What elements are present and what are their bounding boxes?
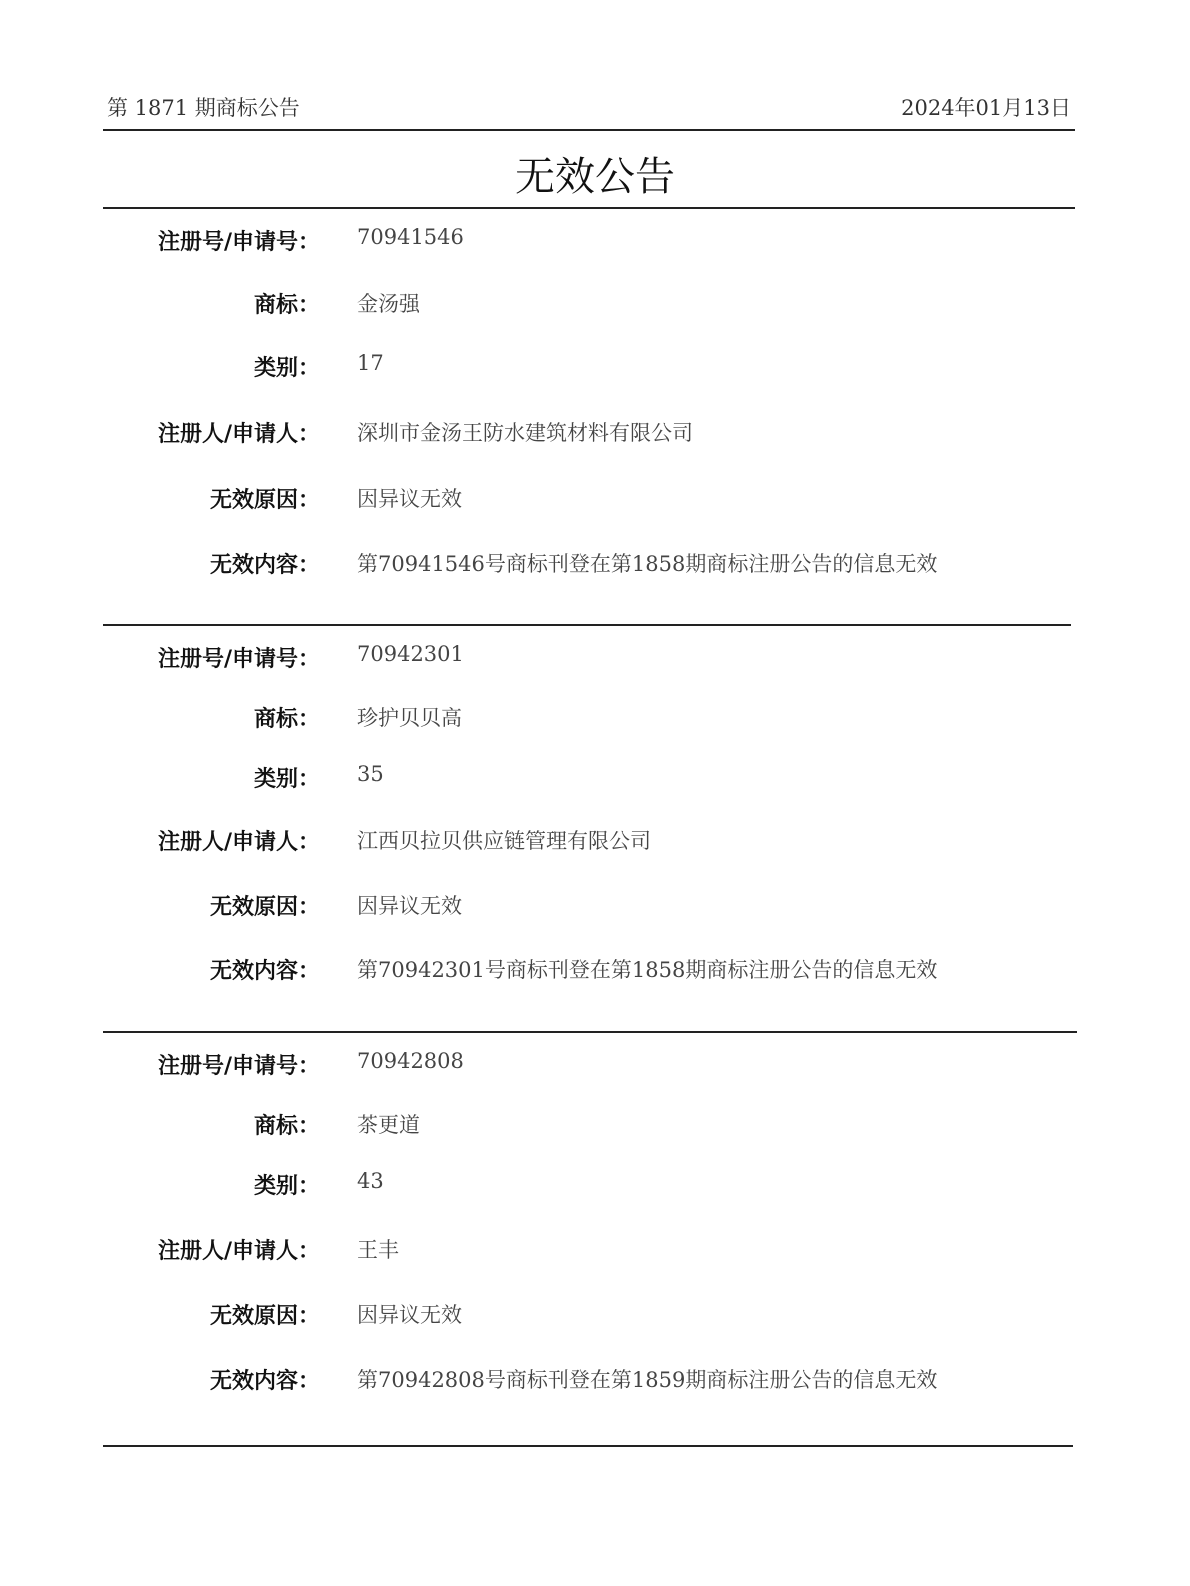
label-registrant: 注册人/申请人：: [158, 417, 320, 448]
label-content: 无效内容：: [210, 954, 320, 985]
field-registrant: 注册人/申请人： 深圳市金汤王防水建筑材料有限公司: [0, 417, 1190, 447]
label-mark: 商标：: [254, 1109, 320, 1140]
label-reg-no: 注册号/申请号：: [158, 225, 320, 256]
label-registrant: 注册人/申请人：: [158, 1234, 320, 1265]
label-content: 无效内容：: [210, 548, 320, 579]
value-class: 17: [357, 351, 384, 375]
header-issue: 第 1871 期商标公告: [107, 92, 300, 122]
label-mark: 商标：: [254, 288, 320, 319]
value-content: 第70941546号商标刊登在第1858期商标注册公告的信息无效: [357, 548, 937, 578]
field-class: 类别： 35: [0, 762, 1190, 792]
value-reg-no: 70942301: [357, 642, 464, 666]
value-mark: 茶更道: [357, 1109, 420, 1139]
value-content: 第70942808号商标刊登在第1859期商标注册公告的信息无效: [357, 1364, 937, 1394]
field-mark: 商标： 茶更道: [0, 1109, 1190, 1139]
field-class: 类别： 17: [0, 351, 1190, 381]
value-class: 35: [357, 762, 384, 786]
label-reg-no: 注册号/申请号：: [158, 1049, 320, 1080]
field-mark: 商标： 金汤强: [0, 288, 1190, 318]
field-reason: 无效原因： 因异议无效: [0, 890, 1190, 920]
field-content: 无效内容： 第70941546号商标刊登在第1858期商标注册公告的信息无效: [0, 548, 1190, 578]
label-reason: 无效原因：: [210, 483, 320, 514]
field-class: 类别： 43: [0, 1169, 1190, 1199]
field-reg-no: 注册号/申请号： 70942301: [0, 642, 1190, 672]
label-registrant: 注册人/申请人：: [158, 825, 320, 856]
label-class: 类别：: [254, 351, 320, 382]
label-class: 类别：: [254, 762, 320, 793]
field-content: 无效内容： 第70942301号商标刊登在第1858期商标注册公告的信息无效: [0, 954, 1190, 984]
value-registrant: 深圳市金汤王防水建筑材料有限公司: [357, 417, 693, 447]
field-reg-no: 注册号/申请号： 70942808: [0, 1049, 1190, 1079]
label-reason: 无效原因：: [210, 890, 320, 921]
label-reason: 无效原因：: [210, 1299, 320, 1330]
field-registrant: 注册人/申请人： 王丰: [0, 1234, 1190, 1264]
label-reg-no: 注册号/申请号：: [158, 642, 320, 673]
header-date: 2024年01月13日: [901, 92, 1071, 122]
title-rule: [103, 207, 1075, 209]
value-reg-no: 70941546: [357, 225, 464, 249]
record-divider: [103, 624, 1071, 626]
record-divider: [103, 1031, 1077, 1033]
value-reason: 因异议无效: [357, 483, 462, 513]
value-reason: 因异议无效: [357, 890, 462, 920]
page-title: 无效公告: [0, 145, 1190, 202]
label-content: 无效内容：: [210, 1364, 320, 1395]
footer-rule: [103, 1445, 1073, 1447]
label-class: 类别：: [254, 1169, 320, 1200]
value-mark: 金汤强: [357, 288, 420, 318]
value-class: 43: [357, 1169, 384, 1193]
field-reason: 无效原因： 因异议无效: [0, 1299, 1190, 1329]
label-mark: 商标：: [254, 702, 320, 733]
value-reason: 因异议无效: [357, 1299, 462, 1329]
field-mark: 商标： 珍护贝贝高: [0, 702, 1190, 732]
header-rule: [103, 129, 1075, 131]
value-registrant: 江西贝拉贝供应链管理有限公司: [357, 825, 651, 855]
field-registrant: 注册人/申请人： 江西贝拉贝供应链管理有限公司: [0, 825, 1190, 855]
value-mark: 珍护贝贝高: [357, 702, 462, 732]
field-reg-no: 注册号/申请号： 70941546: [0, 225, 1190, 255]
field-content: 无效内容： 第70942808号商标刊登在第1859期商标注册公告的信息无效: [0, 1364, 1190, 1394]
value-content: 第70942301号商标刊登在第1858期商标注册公告的信息无效: [357, 954, 937, 984]
field-reason: 无效原因： 因异议无效: [0, 483, 1190, 513]
value-registrant: 王丰: [357, 1234, 399, 1264]
value-reg-no: 70942808: [357, 1049, 464, 1073]
